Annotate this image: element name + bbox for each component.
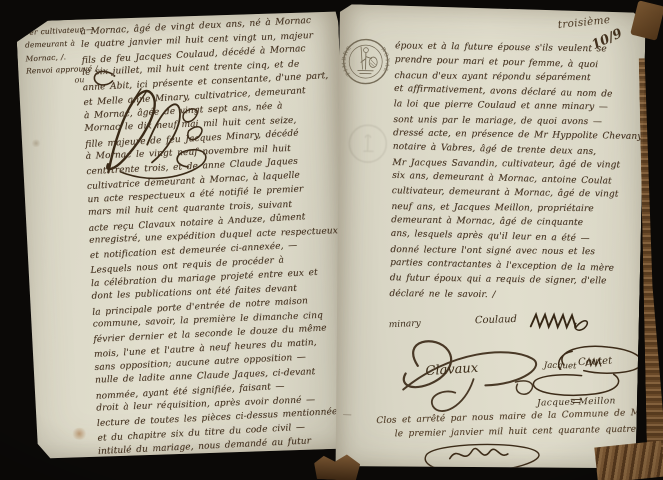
stray-pen-dash: — — [343, 410, 352, 420]
signature-minary: minary — [389, 319, 421, 330]
svg-text:ROYAL: ROYAL — [379, 46, 391, 73]
ink-stain — [71, 427, 87, 440]
signature-flourish-icon — [529, 308, 596, 335]
stamp-showthrough-icon — [346, 122, 389, 165]
svg-text:TIMBRE: TIMBRE — [341, 45, 353, 77]
svg-text:Jacquet: Jacquet — [542, 361, 577, 372]
timbre-royal-stamp-icon: TIMBRE ROYAL — [340, 36, 391, 87]
svg-text:Clavaux: Clavaux — [425, 361, 479, 379]
circled-signature-flourish-icon — [415, 434, 548, 480]
left-page: 1er cultivateur —demeurant àMornac, /.Re… — [16, 9, 356, 462]
left-page-text: à Mornac, âgé de vingt deux ans, né à Mo… — [80, 14, 348, 458]
manuscript-line: déclaré ne le savoir. / — [389, 286, 631, 303]
corner-note: troisième — [557, 14, 611, 31]
signature-coulaud: Coulaud — [475, 314, 517, 326]
right-page: troisième 10/9 TIMBRE — [330, 4, 646, 473]
manuscript-photo: 1er cultivateur —demeurant àMornac, /.Re… — [0, 0, 663, 480]
paper-smudge — [31, 139, 41, 147]
right-page-text: époux et à la future épouse s'ils veulen… — [389, 38, 637, 304]
